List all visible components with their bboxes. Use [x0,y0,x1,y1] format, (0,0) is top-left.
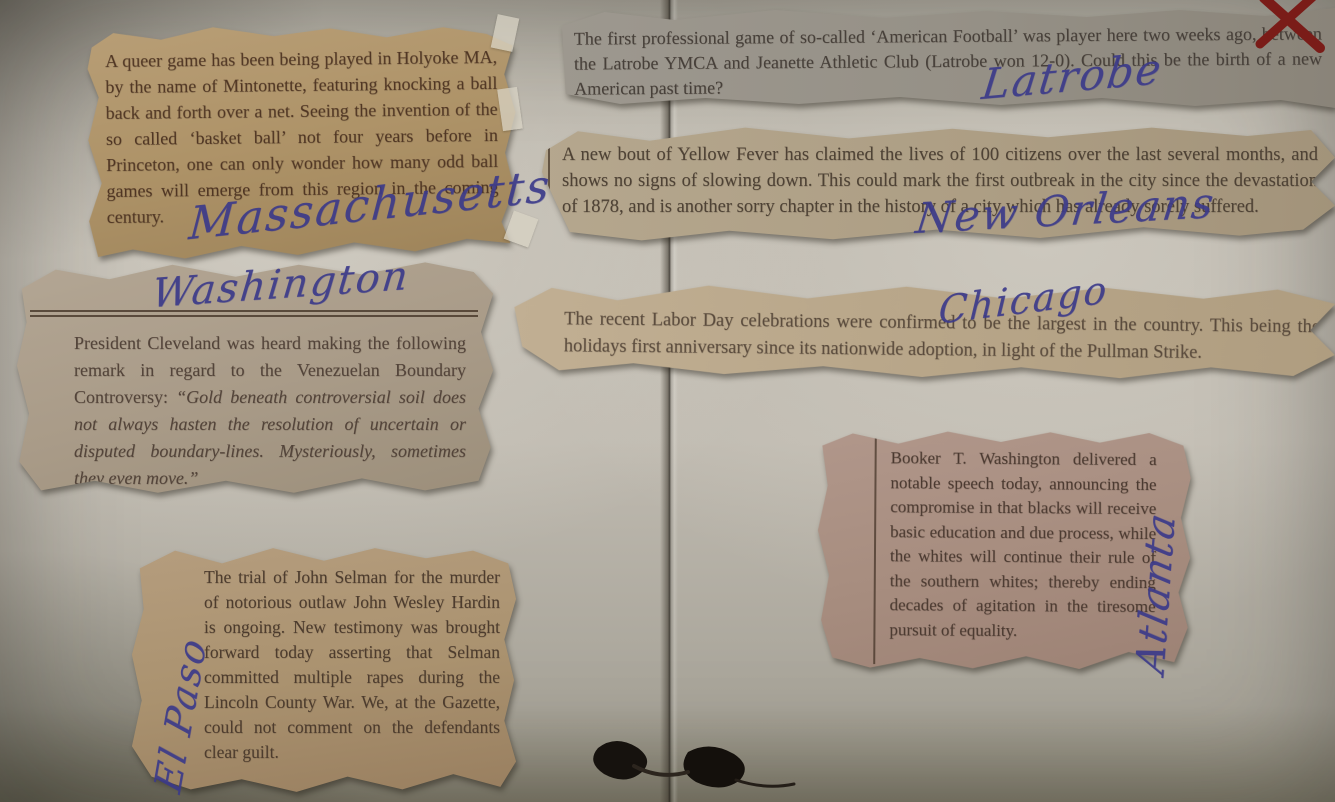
clipping-paper: The first professional game of so-called… [558,8,1335,108]
clipping-text: The first professional game of so-called… [574,21,1323,101]
double-rule-divider [30,310,478,317]
clipping-text: President Cleveland was heard making the… [74,330,466,492]
clipping-paper: The recent Labor Day celebrations were c… [510,278,1335,385]
red-x-stroke [1264,0,1320,48]
clipping-labor-day[interactable]: The recent Labor Day celebrations were c… [510,278,1335,385]
clipping-text: The trial of John Selman for the murder … [204,565,500,765]
clipping-american-football[interactable]: The first professional game of so-called… [558,8,1335,108]
binding-thread-holes-icon [560,718,810,802]
column-divider-line [873,436,877,664]
page-spine [660,0,678,802]
red-x-mark [1250,0,1335,56]
scrapbook-spread: A queer game has been being played in Ho… [0,0,1335,802]
clipping-text: Booker T. Washington delivered a notable… [889,446,1156,644]
